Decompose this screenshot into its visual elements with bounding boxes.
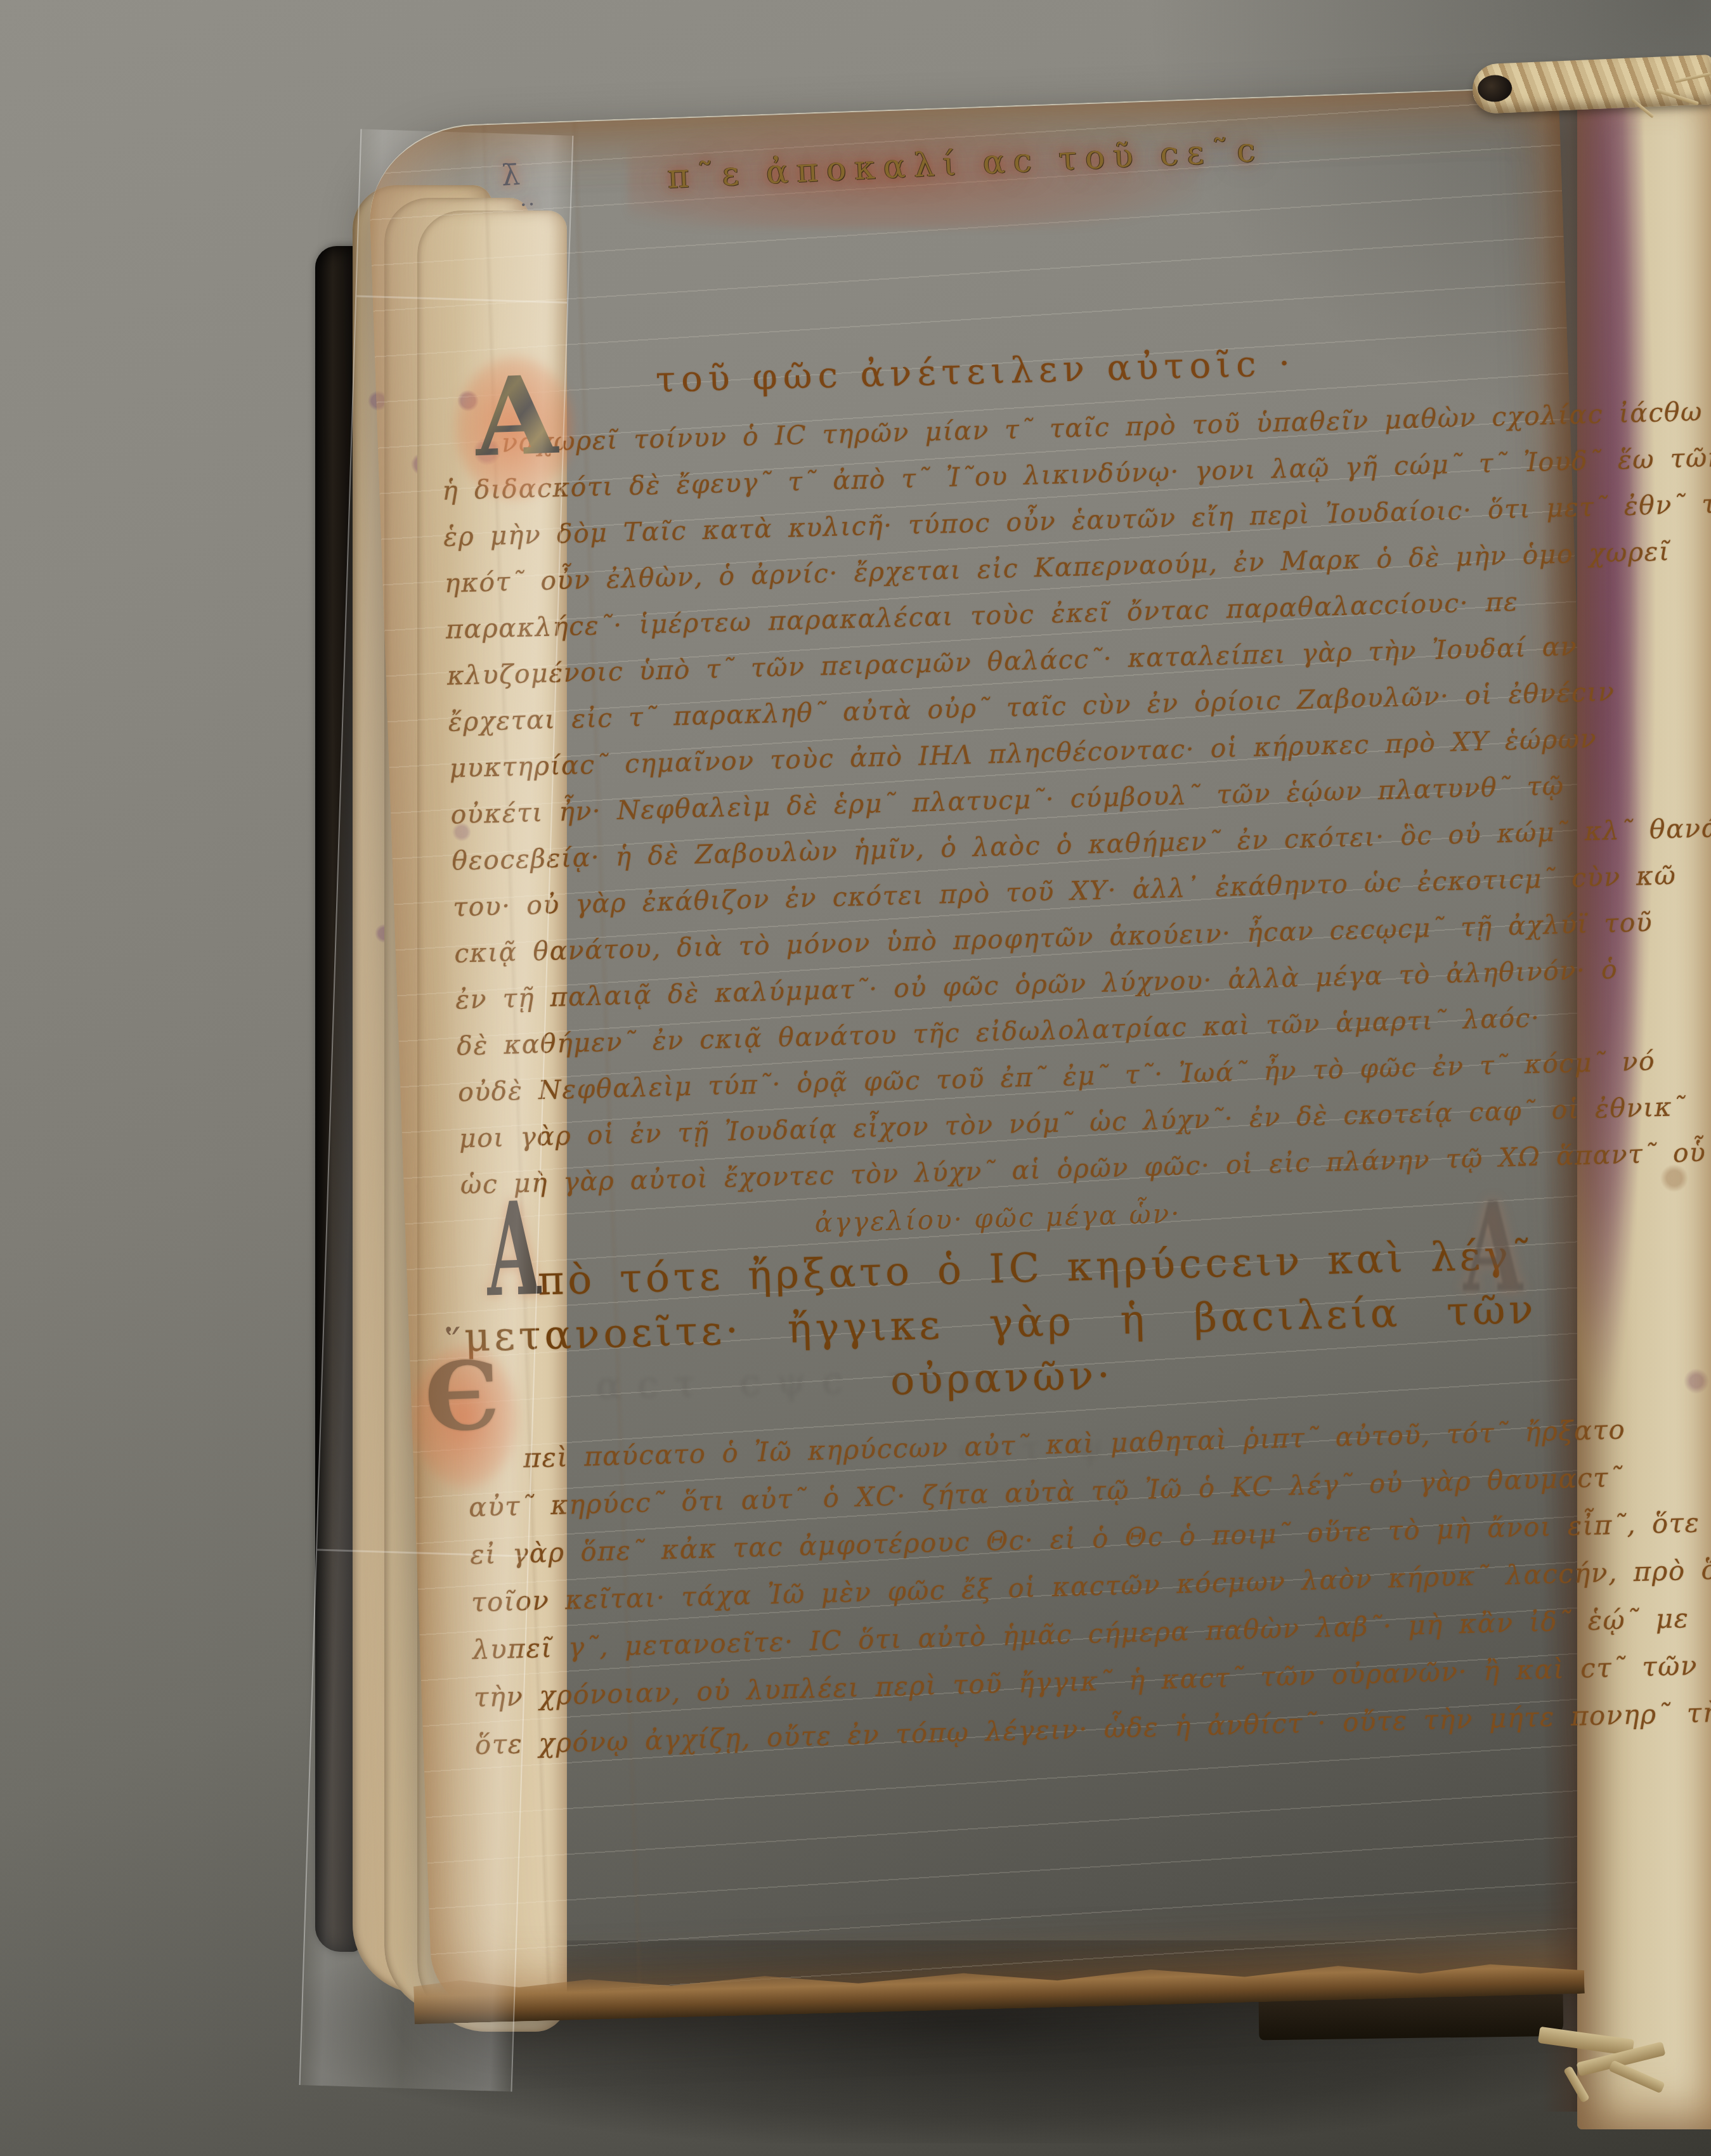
headband-knot bbox=[1477, 74, 1513, 102]
offset-initial-alpha: Α bbox=[1464, 1186, 1523, 1309]
tape-wrinkle bbox=[356, 295, 567, 303]
tape-wrinkle bbox=[317, 1549, 528, 1557]
lower-board-edge bbox=[1259, 1994, 1564, 2041]
tailband-bottom bbox=[1532, 2027, 1684, 2122]
headband-top bbox=[1472, 55, 1711, 114]
text-block: τοῦ φῶϲ ἀνέτειλεν αὐτοῖϲ · ναχωρεῖ τοίνυ… bbox=[439, 337, 1548, 1772]
manuscript-photo-scene: λ̄·· π῀ε ἀποκαλί αϲ τοῦ ϲε῀ϲ τοῦ φῶϲ ἀνέ… bbox=[0, 0, 1711, 2156]
